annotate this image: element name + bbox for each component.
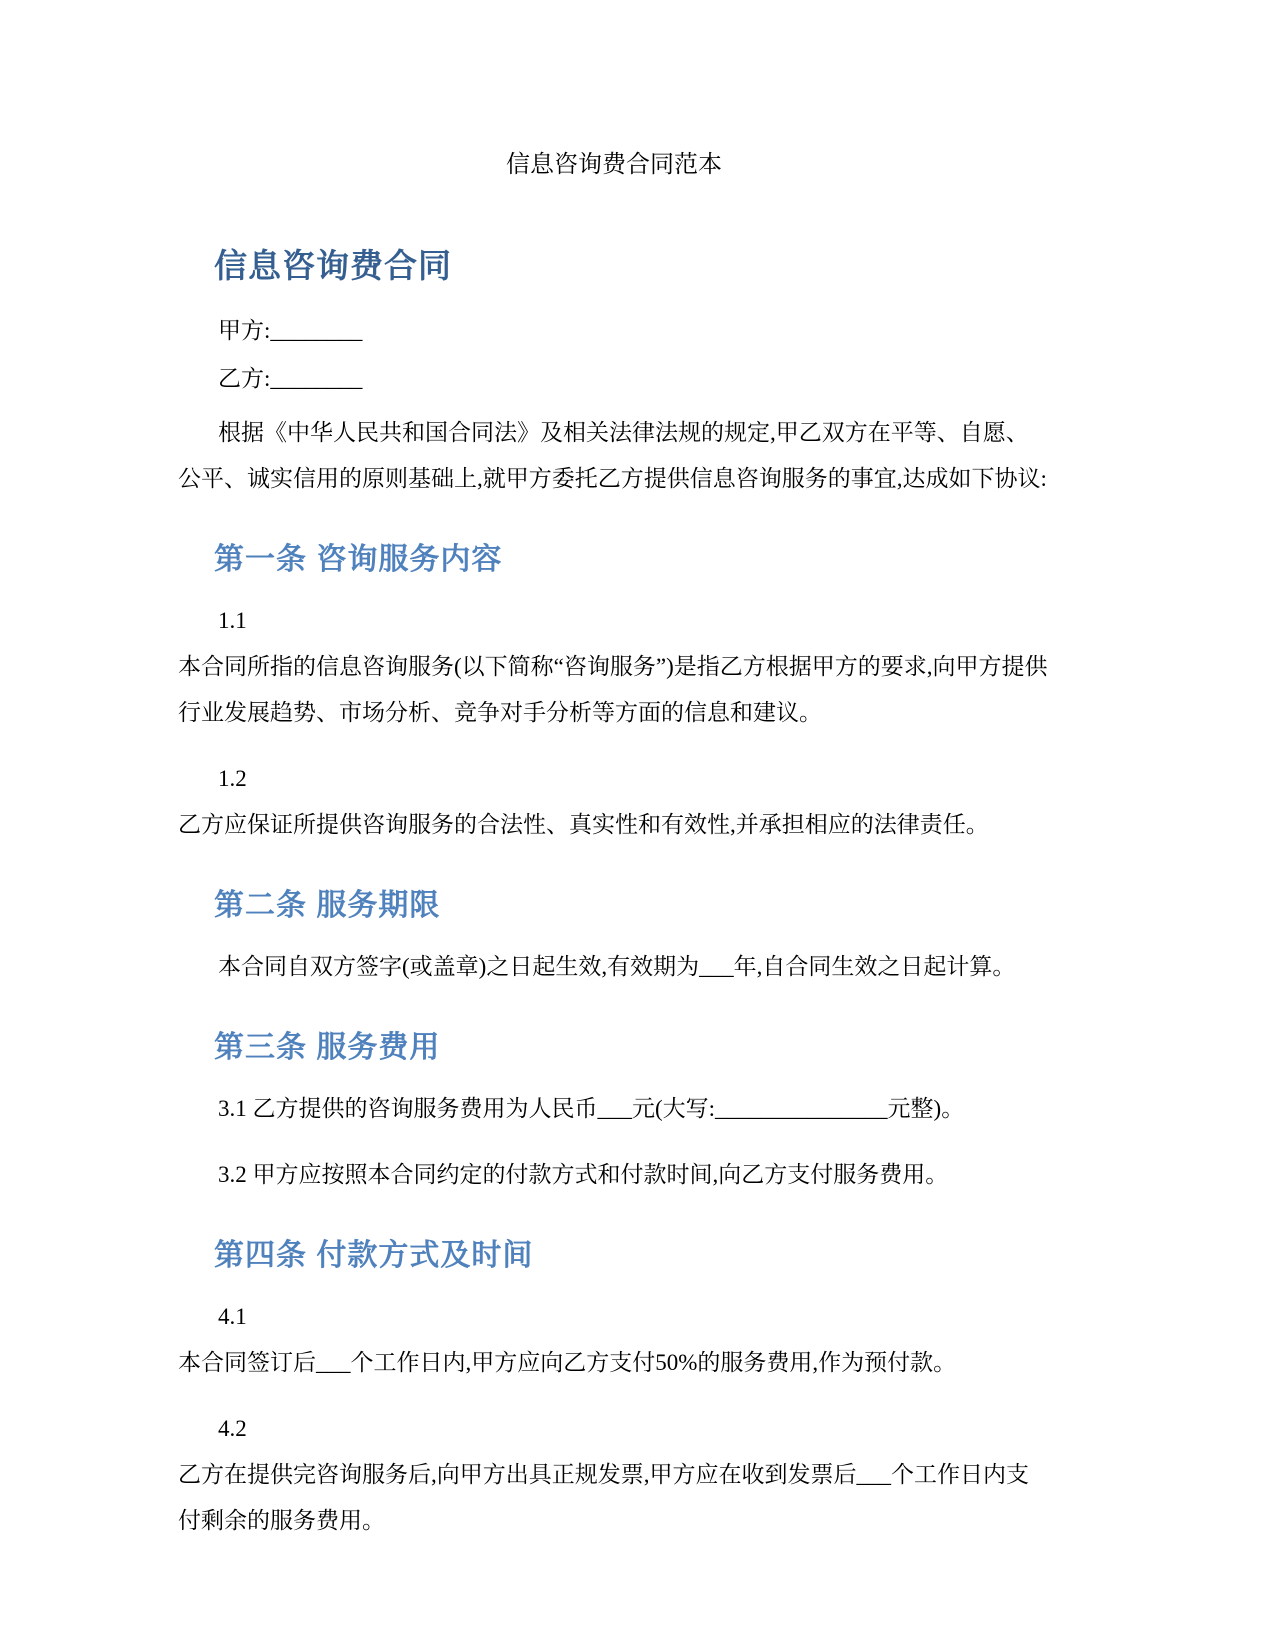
clause-3-1: 3.1 乙方提供的咨询服务费用为人民币___元(大写:_____________… bbox=[178, 1086, 1050, 1132]
clause-text: 乙方在提供完咨询服务后,向甲方出具正规发票,甲方应在收到发票后___个工作日内支… bbox=[178, 1452, 1050, 1544]
contract-title: 信息咨询费合同 bbox=[214, 246, 1050, 286]
party-a-line: 甲方:________ bbox=[178, 308, 1050, 354]
preamble-paragraph: 根据《中华人民共和国合同法》及相关法律法规的规定,甲乙双方在平等、自愿、公平、诚… bbox=[178, 410, 1050, 502]
clause-number: 1.1 bbox=[178, 598, 1050, 644]
clause-text: 本合同所指的信息咨询服务(以下简称“咨询服务”)是指乙方根据甲方的要求,向甲方提… bbox=[178, 644, 1050, 736]
section-heading-2: 第二条 服务期限 bbox=[214, 888, 1050, 924]
clause-text: 本合同签订后___个工作日内,甲方应向乙方支付50%的服务费用,作为预付款。 bbox=[178, 1340, 1050, 1386]
section-heading-1: 第一条 咨询服务内容 bbox=[214, 542, 1050, 578]
clause-1-2: 1.2 乙方应保证所提供咨询服务的合法性、真实性和有效性,并承担相应的法律责任。 bbox=[178, 756, 1050, 848]
section-2-paragraph: 本合同自双方签字(或盖章)之日起生效,有效期为___年,自合同生效之日起计算。 bbox=[178, 944, 1050, 990]
clause-4-1: 4.1 本合同签订后___个工作日内,甲方应向乙方支付50%的服务费用,作为预付… bbox=[178, 1294, 1050, 1386]
clause-number: 4.2 bbox=[178, 1406, 1050, 1452]
party-b-line: 乙方:________ bbox=[178, 356, 1050, 402]
section-heading-4: 第四条 付款方式及时间 bbox=[214, 1238, 1050, 1274]
clause-text: 乙方应保证所提供咨询服务的合法性、真实性和有效性,并承担相应的法律责任。 bbox=[178, 802, 1050, 848]
clause-4-2: 4.2 乙方在提供完咨询服务后,向甲方出具正规发票,甲方应在收到发票后___个工… bbox=[178, 1406, 1050, 1544]
clause-number: 4.1 bbox=[178, 1294, 1050, 1340]
document-page: 信息咨询费合同范本 信息咨询费合同 甲方:________ 乙方:_______… bbox=[0, 0, 1275, 1650]
clause-1-1: 1.1 本合同所指的信息咨询服务(以下简称“咨询服务”)是指乙方根据甲方的要求,… bbox=[178, 598, 1050, 736]
clause-3-2: 3.2 甲方应按照本合同约定的付款方式和付款时间,向乙方支付服务费用。 bbox=[178, 1152, 1050, 1198]
section-heading-3: 第三条 服务费用 bbox=[214, 1030, 1050, 1066]
clause-number: 1.2 bbox=[178, 756, 1050, 802]
document-title: 信息咨询费合同范本 bbox=[178, 150, 1050, 180]
